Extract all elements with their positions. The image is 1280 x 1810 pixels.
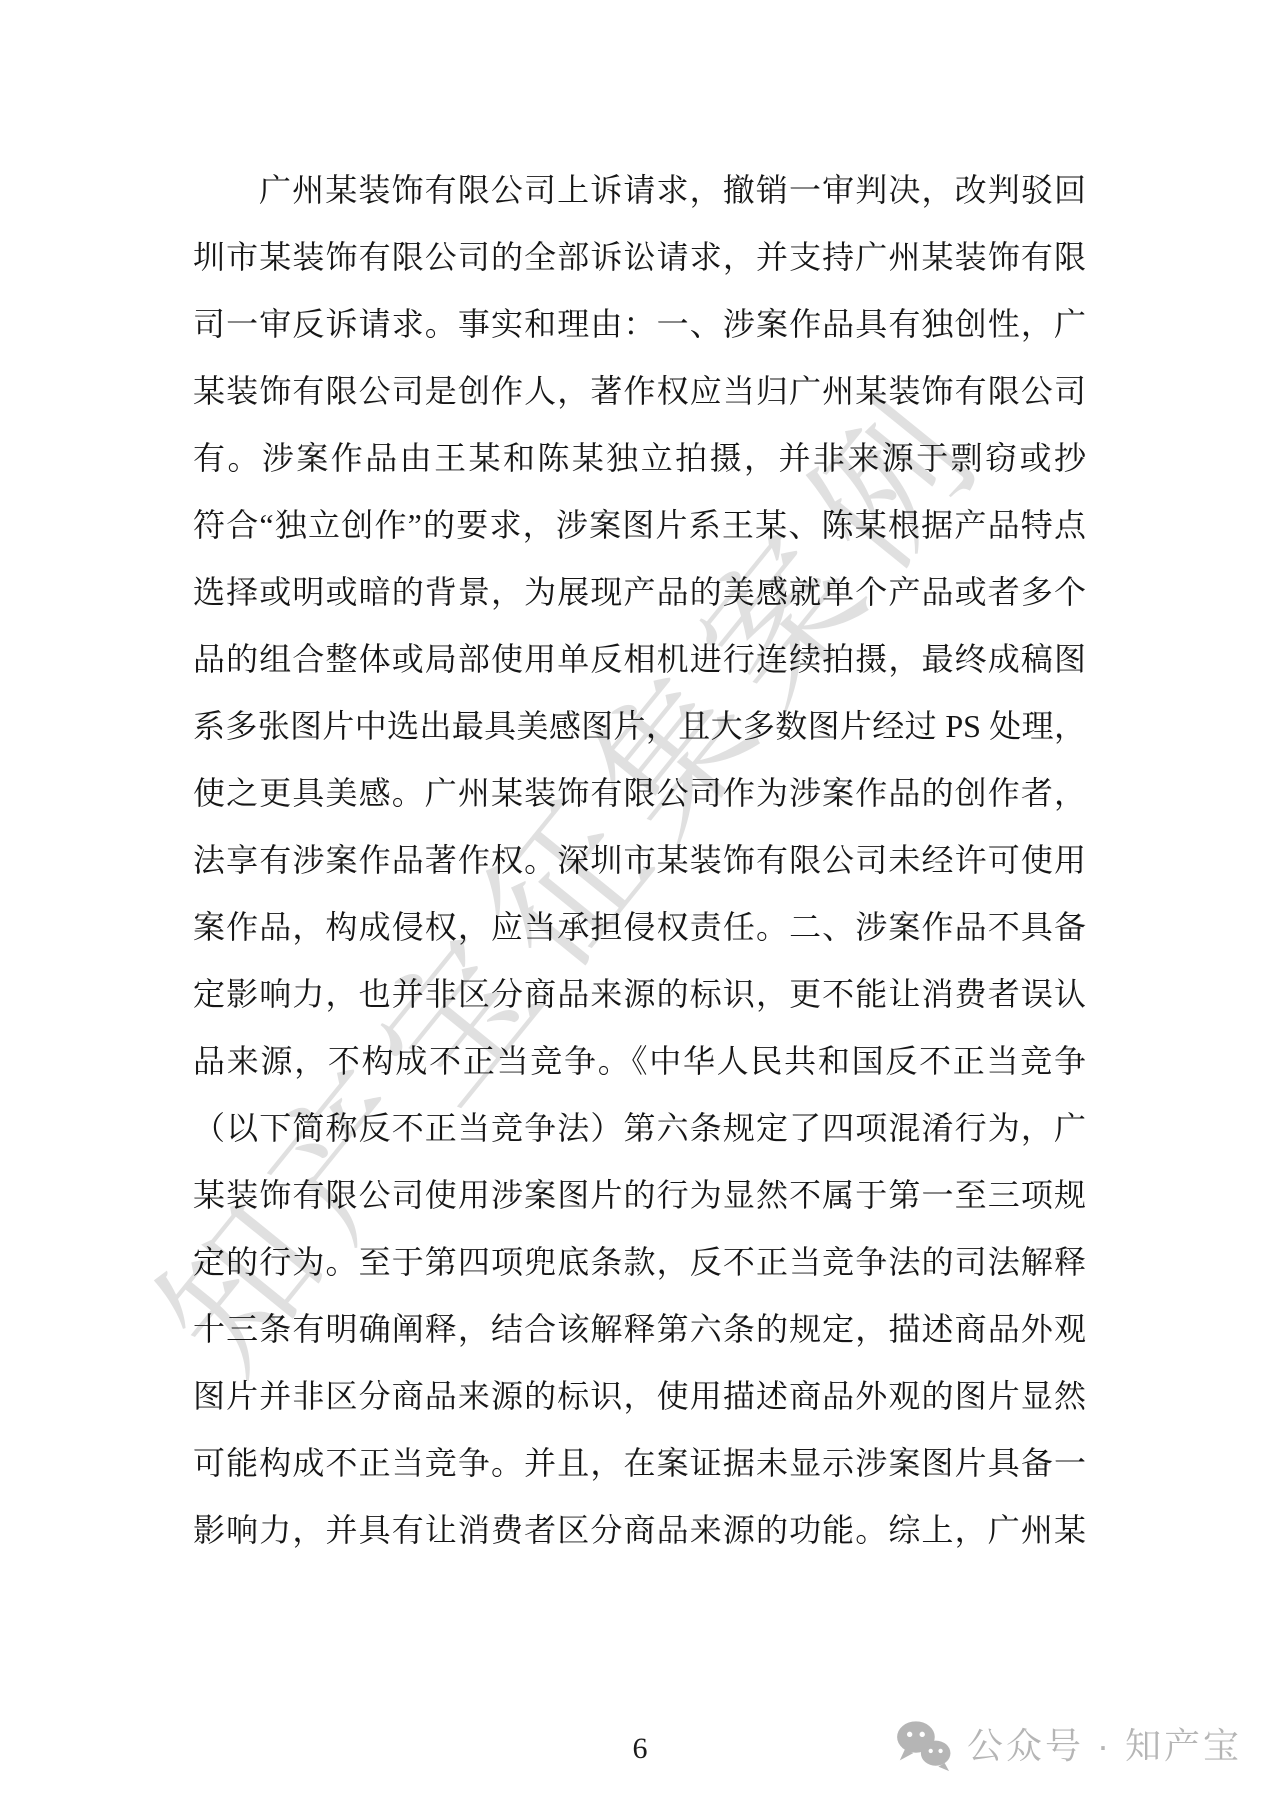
text-line: 选择或明或暗的背景，为展现产品的美感就单个产品或者多个产 — [193, 559, 1086, 626]
text-line: 圳市某装饰有限公司的全部诉讼请求，并支持广州某装饰有限公 — [193, 224, 1086, 291]
text-line: 某装饰有限公司是创作人，著作权应当归广州某装饰有限公司所 — [193, 358, 1086, 425]
text-line: 品来源，不构成不正当竞争。《中华人民共和国反不正当竞争法》 — [193, 1028, 1086, 1095]
text-line: 图片并非区分商品来源的标识，使用描述商品外观的图片显然不 — [193, 1363, 1086, 1430]
text-line: 广州某装饰有限公司上诉请求，撤销一审判决，改判驳回深 — [193, 157, 1086, 224]
text-line: 某装饰有限公司使用涉案图片的行为显然不属于第一至三项规 — [193, 1162, 1086, 1229]
text-line: 法享有涉案作品著作权。深圳市某装饰有限公司未经许可使用涉 — [193, 827, 1086, 894]
text-line: （以下简称反不正当竞争法）第六条规定了四项混淆行为，广州 — [193, 1095, 1086, 1162]
text-line: 系多张图片中选出最具美感图片，且大多数图片经过 PS 处理， — [193, 693, 1086, 760]
text-line: 案作品，构成侵权，应当承担侵权责任。二、涉案作品不具备一 — [193, 894, 1086, 961]
text-line: 十三条有明确阐释，结合该解释第六条的规定，描述商品外观的 — [193, 1296, 1086, 1363]
document-page: 知产宝征集案例 广州某装饰有限公司上诉请求，撤销一审判决，改判驳回深 圳市某装饰… — [0, 0, 1280, 1810]
text-line: 品的组合整体或局部使用单反相机进行连续拍摄，最终成稿图片 — [193, 626, 1086, 693]
footer-badge-label: 公众号 · 知产宝 — [967, 1728, 1242, 1764]
footer-badge: 公众号 · 知产宝 — [895, 1720, 1242, 1772]
wechat-icon — [895, 1720, 953, 1772]
text-line: 影响力，并具有让消费者区分商品来源的功能。综上，广州某装 — [193, 1497, 1086, 1564]
text-line: 符合“独立创作”的要求，涉案图片系王某、陈某根据产品特点 — [193, 492, 1086, 559]
text-line: 使之更具美感。广州某装饰有限公司作为涉案作品的创作者，依 — [193, 760, 1086, 827]
text-line: 定影响力，也并非区分商品来源的标识，更不能让消费者误认商 — [193, 961, 1086, 1028]
body-paragraph: 广州某装饰有限公司上诉请求，撤销一审判决，改判驳回深 圳市某装饰有限公司的全部诉… — [193, 157, 1086, 1564]
text-line: 有。涉案作品由王某和陈某独立拍摄，并非来源于剽窃或抄袭， — [193, 425, 1086, 492]
text-line: 司一审反诉请求。事实和理由：一、涉案作品具有独创性，广州 — [193, 291, 1086, 358]
text-line: 可能构成不正当竞争。并且，在案证据未显示涉案图片具备一定 — [193, 1430, 1086, 1497]
text-line: 定的行为。至于第四项兜底条款，反不正当竞争法的司法解释第 — [193, 1229, 1086, 1296]
